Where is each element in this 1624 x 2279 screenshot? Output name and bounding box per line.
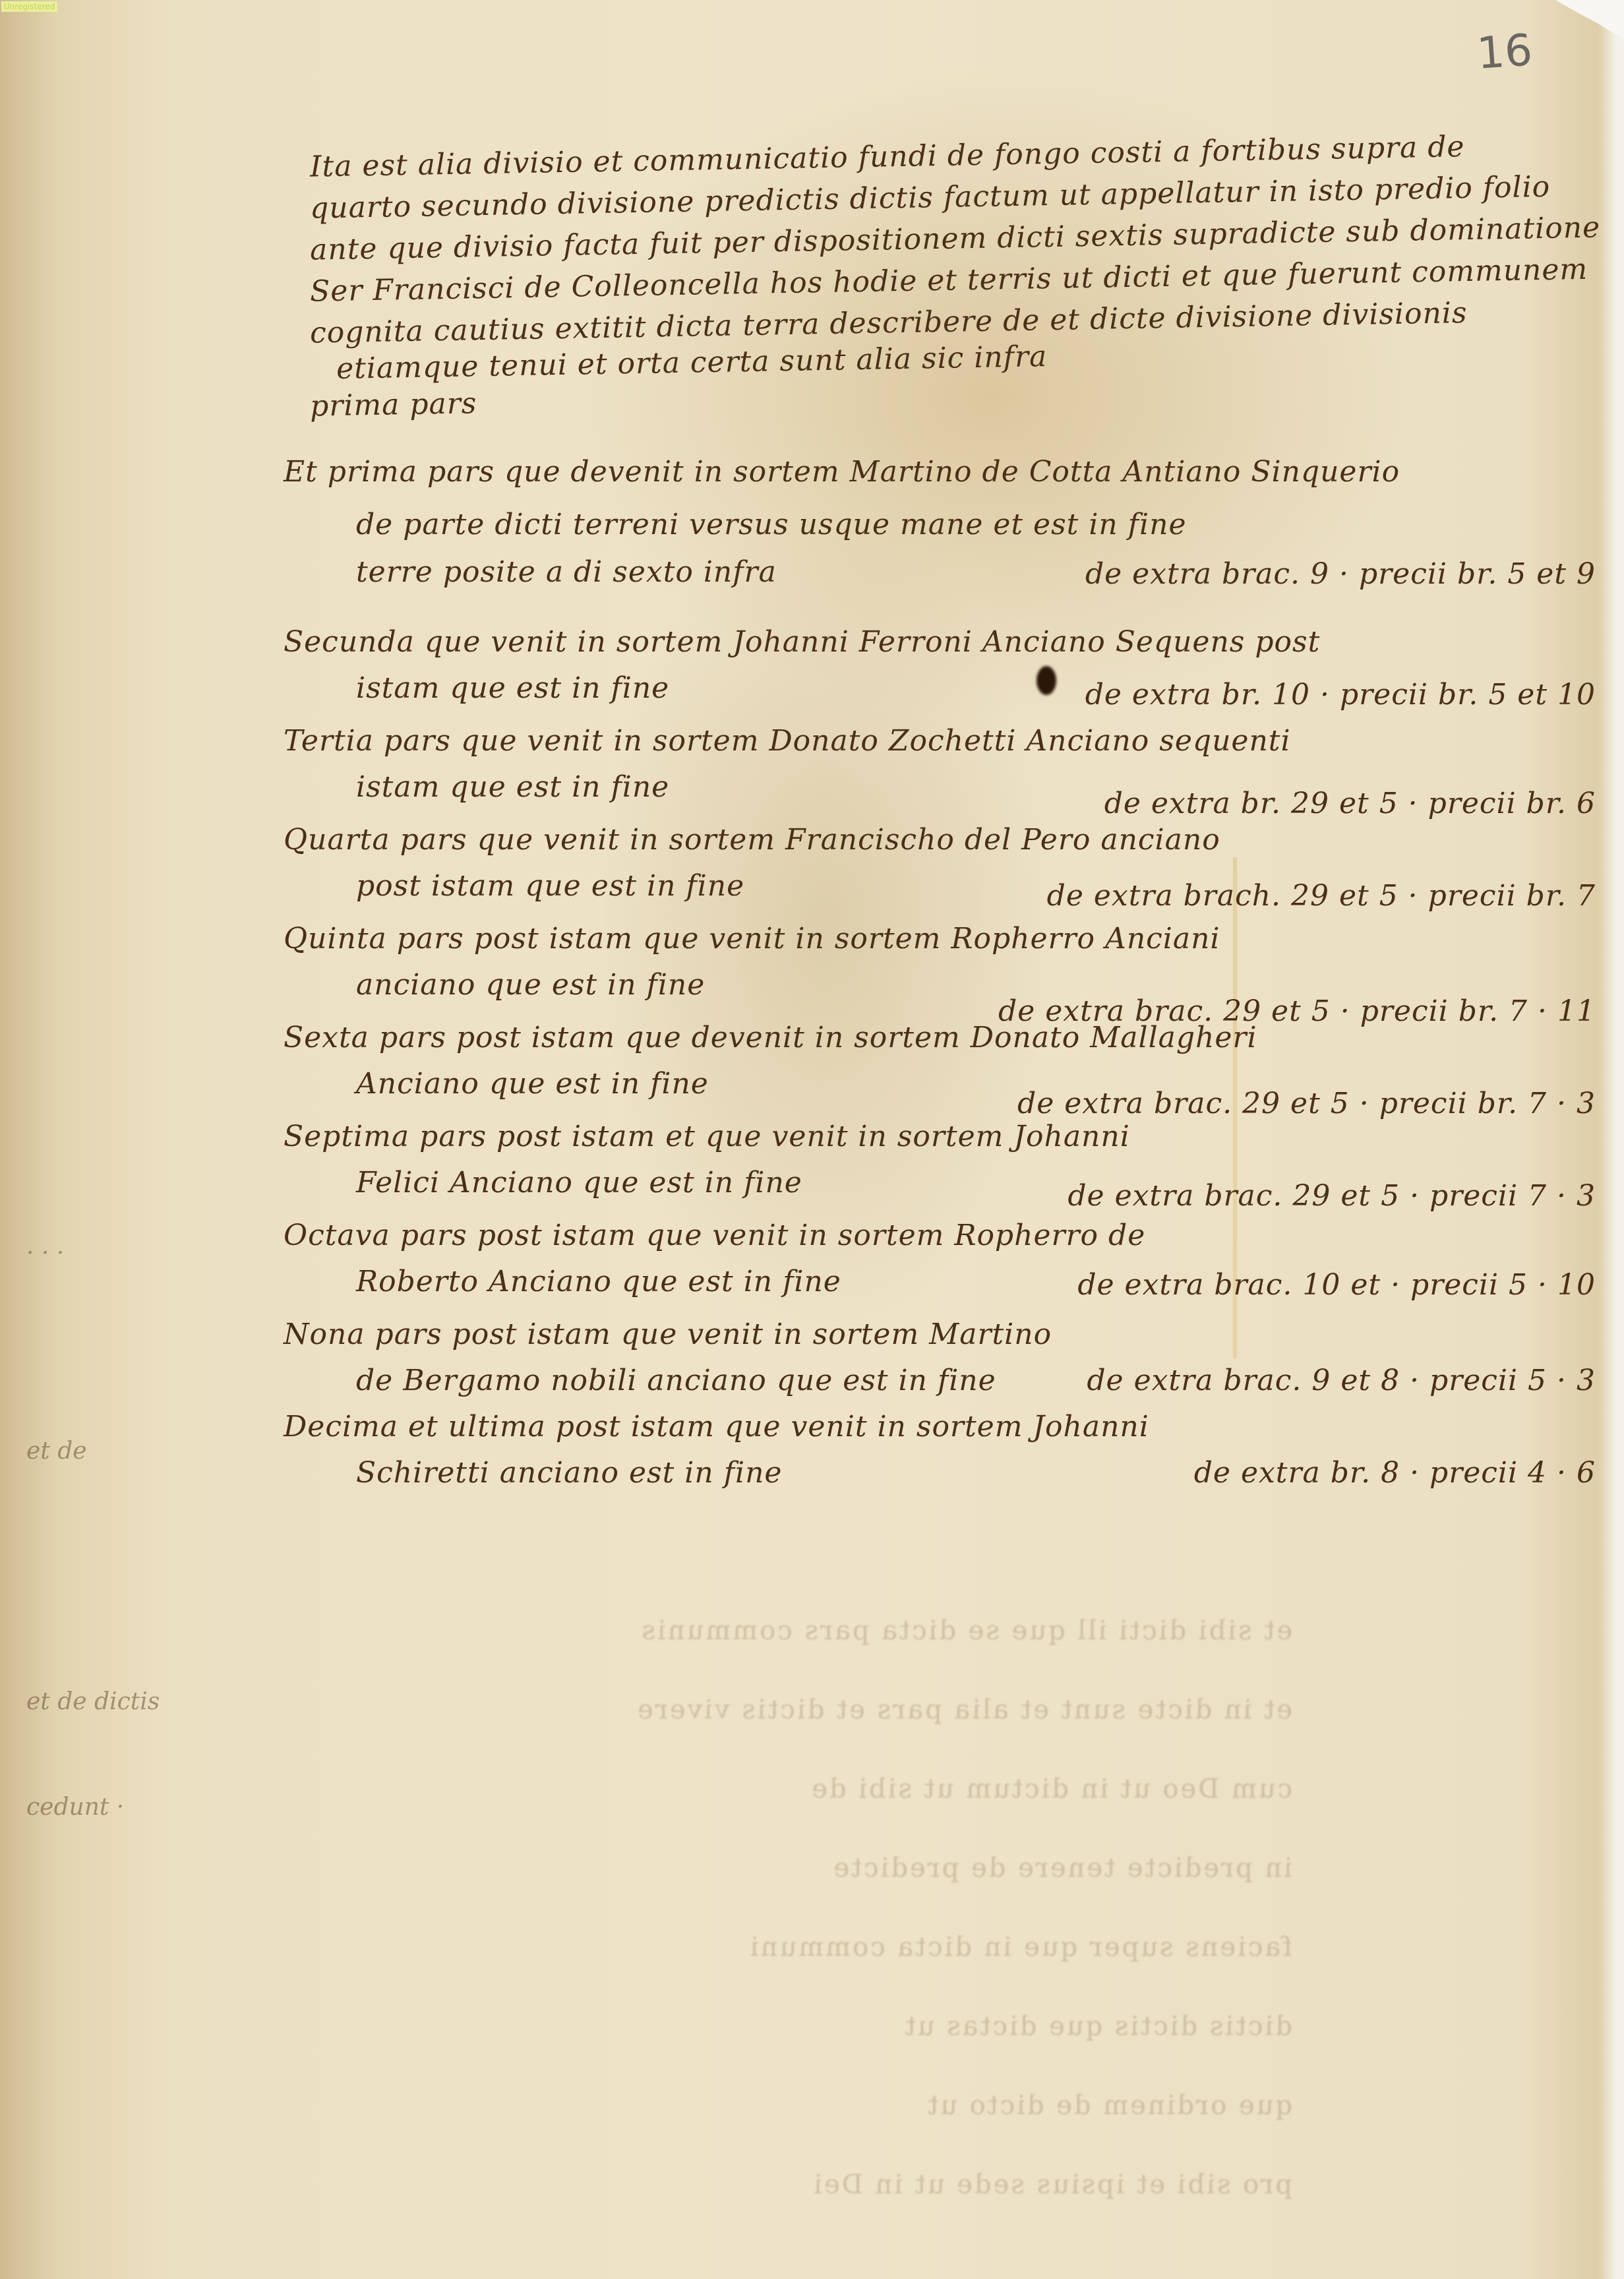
entry-line: Schiretti anciano est in fine bbox=[356, 1456, 782, 1490]
entry-line: istam que est in fine bbox=[356, 770, 669, 804]
entry-amount: de extra br. 29 et 5 · precii br. 6 bbox=[1104, 787, 1596, 820]
entry-line: Quarta pars que venit in sortem Francisc… bbox=[284, 823, 1220, 857]
bleed-line: dictis dictis que dictas ut bbox=[40, 2011, 1292, 2090]
entry-amount: de extra brac. 29 et 5 · precii 7 · 3 bbox=[1068, 1179, 1596, 1213]
entry-line: Decima et ultima post istam que venit in… bbox=[284, 1410, 1149, 1443]
division-entries-list: Et prima pars que devenit in sortem Mart… bbox=[284, 455, 1596, 1509]
entry-amount: de extra brac. 9 et 8 · precii 5 · 3 bbox=[1087, 1364, 1596, 1397]
entry-line: Et prima pars que devenit in sortem Mart… bbox=[284, 455, 1400, 489]
entry-septima: Septima pars post istam et que venit in … bbox=[284, 1120, 1596, 1219]
entry-quinta: Quinta pars post istam que venit in sort… bbox=[284, 922, 1596, 1021]
entry-nona: Nona pars post istam que venit in sortem… bbox=[284, 1318, 1596, 1410]
introduction-paragraph: Ita est alia divisio et communicatio fun… bbox=[310, 135, 1563, 416]
entry-amount: de extra brac. 10 et · precii 5 · 10 bbox=[1077, 1268, 1596, 1302]
margin-note: · · · bbox=[26, 1240, 64, 1267]
entry-line: post istam que est in fine bbox=[356, 869, 744, 903]
entry-quarta: Quarta pars que venit in sortem Francisc… bbox=[284, 823, 1596, 922]
entry-line: Roberto Anciano que est in fine bbox=[356, 1265, 841, 1298]
entry-line: terre posite a di sexto infra bbox=[356, 555, 777, 589]
entry-prima: Et prima pars que devenit in sortem Mart… bbox=[284, 455, 1596, 625]
bleed-line: faciens super que in dicta communi bbox=[40, 1932, 1292, 2011]
bleed-through-text: et sibi dicti ill que se dicta pars comm… bbox=[40, 1616, 1292, 2249]
entry-line: Septima pars post istam et que venit in … bbox=[284, 1120, 1130, 1153]
entry-sexta: Sexta pars post istam que devenit in sor… bbox=[284, 1021, 1596, 1120]
bleed-line: et in dicte sunt et alia pars et dictis … bbox=[40, 1695, 1292, 1774]
entry-line: Sexta pars post istam que devenit in sor… bbox=[284, 1021, 1257, 1054]
entry-line: Tertia pars que venit in sortem Donato Z… bbox=[284, 724, 1291, 758]
entry-amount: de extra brach. 29 et 5 · precii br. 7 bbox=[1047, 879, 1596, 913]
entry-line: de Bergamo nobili anciano que est in fin… bbox=[356, 1364, 996, 1397]
entry-amount: de extra brac. 9 · precii br. 5 et 9 bbox=[1085, 557, 1596, 591]
entry-amount: de extra br. 8 · precii 4 · 6 bbox=[1194, 1456, 1596, 1490]
bleed-line: pro sibi et ipsius sede ut in Dei bbox=[40, 2170, 1292, 2249]
entry-line: anciano que est in fine bbox=[356, 968, 705, 1002]
entry-line: Quinta pars post istam que venit in sort… bbox=[284, 922, 1220, 956]
watermark-label: Unregistered bbox=[1, 1, 57, 12]
entry-line: istam que est in fine bbox=[356, 671, 669, 705]
entry-tertia: Tertia pars que venit in sortem Donato Z… bbox=[284, 724, 1596, 823]
margin-note: et de bbox=[26, 1438, 87, 1465]
entry-octava: Octava pars post istam que venit in sort… bbox=[284, 1219, 1596, 1318]
manuscript-page: Unregistered 16 Ita est alia divisio et … bbox=[0, 0, 1624, 2279]
entry-line: Felici Anciano que est in fine bbox=[356, 1166, 802, 1200]
torn-page-edge bbox=[1598, 0, 1624, 2279]
bleed-line: que ordinem de dicto ut bbox=[40, 2090, 1292, 2170]
entry-line: de parte dicti terreni versus usque mane… bbox=[356, 508, 1186, 541]
bleed-line: et sibi dicti ill que se dicta pars comm… bbox=[40, 1616, 1292, 1695]
entry-decima: Decima et ultima post istam que venit in… bbox=[284, 1410, 1596, 1509]
entry-line: Nona pars post istam que venit in sortem… bbox=[284, 1318, 1052, 1351]
entry-line: Anciano que est in fine bbox=[356, 1067, 709, 1101]
entry-amount: de extra brac. 29 et 5 · precii br. 7 · … bbox=[1017, 1087, 1596, 1120]
entry-amount: de extra br. 10 · precii br. 5 et 10 bbox=[1085, 678, 1596, 712]
entry-secunda: Secunda que venit in sortem Johanni Ferr… bbox=[284, 625, 1596, 724]
entry-line: Octava pars post istam que venit in sort… bbox=[284, 1219, 1145, 1252]
entry-line: Secunda que venit in sortem Johanni Ferr… bbox=[284, 625, 1320, 659]
bleed-line: in predicte tenere de predicte bbox=[40, 1853, 1292, 1932]
bleed-line: cum Deo ut in dictum ut sibi de bbox=[40, 1774, 1292, 1853]
folio-number: 16 bbox=[1475, 24, 1534, 79]
